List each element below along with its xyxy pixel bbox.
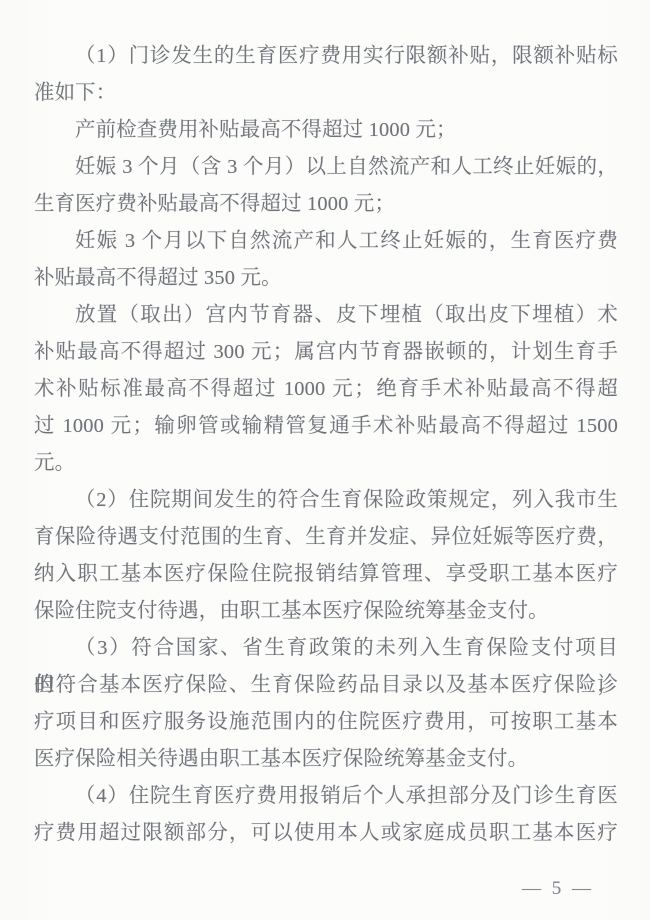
text-line: 准如下： (34, 75, 618, 112)
text-line: （3）符合国家、省生育政策的未列入生育保险支付项目的， (34, 630, 618, 667)
text-line: 生育医疗费补贴最高不得超过 1000 元； (34, 186, 618, 223)
text-line: （1）门诊发生的生育医疗费用实行限额补贴，限额补贴标 (34, 38, 618, 75)
text-line: 产前检查费用补贴最高不得超过 1000 元； (34, 112, 618, 149)
text-line: （2）住院期间发生的符合生育保险政策规定，列入我市生 (34, 482, 618, 519)
text-line: 元。 (34, 445, 618, 482)
text-line: 补贴最高不得超过 300 元；属宫内节育器嵌顿的，计划生育手 (34, 334, 618, 371)
text-line: 育保险待遇支付范围的生育、生育并发症、异位妊娠等医疗费， (34, 519, 618, 556)
text-line: 但符合基本医疗保险、生育保险药品目录以及基本医疗保险诊 (34, 667, 618, 704)
text-line: 过 1000 元；输卵管或输精管复通手术补贴最高不得超过 1500 (34, 408, 618, 445)
text-line: 医疗保险相关待遇由职工基本医疗保险统筹基金支付。 (34, 741, 618, 778)
page-number: — 5 — (522, 878, 594, 900)
text-line: 放置（取出）宫内节育器、皮下埋植（取出皮下埋植）术 (34, 297, 618, 334)
text-line: 保险住院支付待遇，由职工基本医疗保险统筹基金支付。 (34, 593, 618, 630)
text-line: 纳入职工基本医疗保险住院报销结算管理、享受职工基本医疗 (34, 556, 618, 593)
text-line: 补贴最高不得超过 350 元。 (34, 260, 618, 297)
text-line: 疗项目和医疗服务设施范围内的住院医疗费用，可按职工基本 (34, 704, 618, 741)
text-line: 疗费用超过限额部分，可以使用本人或家庭成员职工基本医疗 (34, 815, 618, 852)
scanned-document-page: （1）门诊发生的生育医疗费用实行限额补贴，限额补贴标准如下：产前检查费用补贴最高… (0, 0, 650, 920)
text-line: （4）住院生育医疗费用报销后个人承担部分及门诊生育医 (34, 778, 618, 815)
document-text: （1）门诊发生的生育医疗费用实行限额补贴，限额补贴标准如下：产前检查费用补贴最高… (34, 38, 618, 852)
text-line: 术补贴标准最高不得超过 1000 元；绝育手术补贴最高不得超 (34, 371, 618, 408)
text-line: 妊娠 3 个月（含 3 个月）以上自然流产和人工终止妊娠的， (34, 149, 618, 186)
text-line: 妊娠 3 个月以下自然流产和人工终止妊娠的，生育医疗费 (34, 223, 618, 260)
